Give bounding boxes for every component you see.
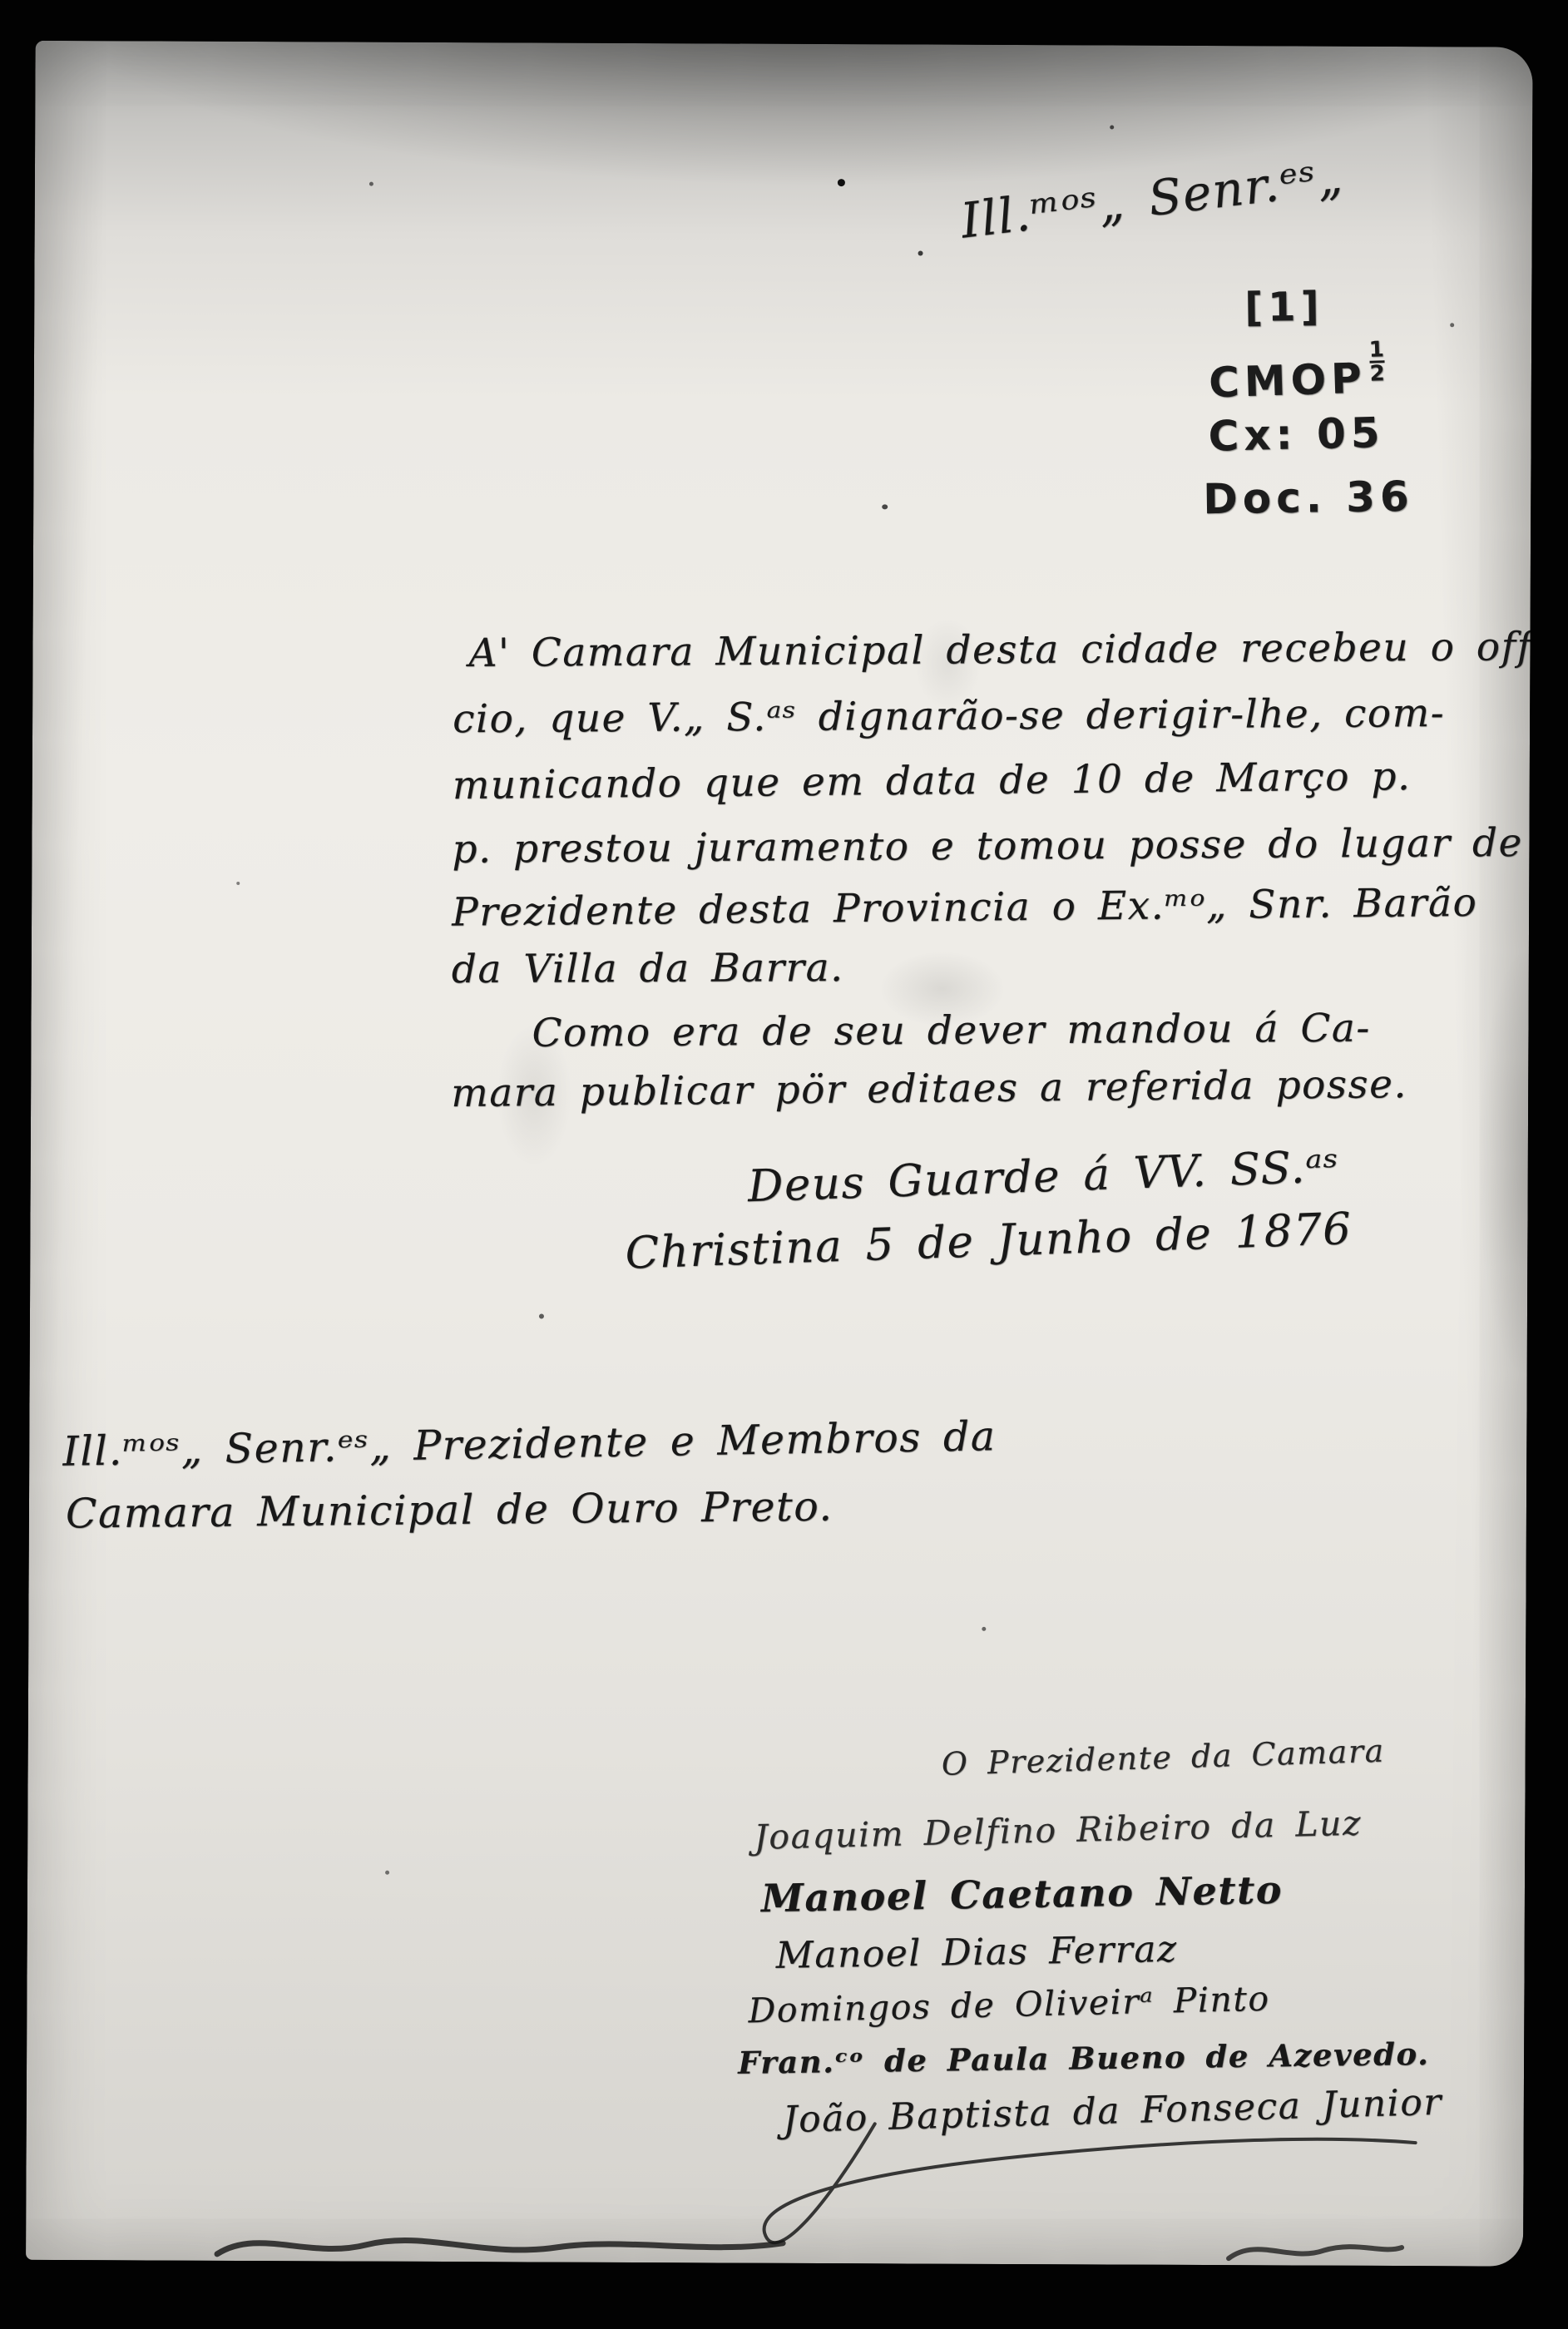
dust-speck: [385, 1871, 389, 1875]
signature: Manoel Dias Ferraz: [775, 1928, 1178, 1977]
body-line: cio, que V.„ S.ᵃˢ dignarão-se derigir-lh…: [453, 690, 1445, 742]
address-line: Camara Municipal de Ouro Preto.: [66, 1483, 833, 1538]
bottom-edge-ink-mark: [1224, 2225, 1407, 2266]
dust-speck: [1110, 126, 1114, 130]
bottom-edge-ink-mark: [209, 2204, 791, 2263]
body-line: municando que em data de 10 de Março p.: [453, 754, 1412, 808]
signature-title: O Prezidente da Camara: [941, 1733, 1385, 1783]
dust-speck: [838, 179, 845, 186]
body-line: mara publicar pör editaes a referida pos…: [451, 1061, 1407, 1116]
dust-speck: [982, 1627, 986, 1631]
dust-speck: [369, 182, 373, 186]
dust-speck: [539, 1314, 544, 1319]
address-line: Ill.ᵐᵒˢ„ Senr.ᵉˢ„ Prezidente e Membros d…: [62, 1412, 997, 1476]
signature: Manoel Caetano Netto: [761, 1867, 1284, 1921]
dust-speck: [918, 251, 923, 256]
signature: Fran.ᶜᵒ de Paula Bueno de Azevedo.: [738, 2035, 1430, 2081]
salutation: Ill.ᵐᵒˢ„ Senr.ᵉˢ„: [957, 148, 1346, 250]
body-line: da Villa da Barra.: [452, 945, 844, 992]
dust-speck: [1450, 323, 1454, 327]
archival-fonds-mark: CMOP12: [1208, 339, 1386, 407]
body-line: p. prestou juramento e tomou posse do lu…: [452, 820, 1523, 873]
closing-valediction: Deus Guarde á VV. SS.ᵃˢ: [747, 1141, 1341, 1212]
signature: Domingos de Oliveirᵃ Pinto: [748, 1979, 1270, 2031]
body-line: Prezidente desta Provincia o Ex.ᵐᵒ„ Snr.…: [452, 880, 1478, 936]
scanned-document: Ill.ᵐᵒˢ„ Senr.ᵉˢ„ [1] CMOP12 Cx: 05 Doc.…: [0, 0, 1568, 2329]
archival-doc-mark: Doc. 36: [1203, 472, 1414, 523]
body-line: Como era de seu dever mandou á Ca-: [532, 1006, 1371, 1056]
archival-box-mark: Cx: 05: [1208, 408, 1385, 461]
body-line: A' Camara Municipal desta cidade recebeu…: [468, 624, 1532, 676]
document-page: Ill.ᵐᵒˢ„ Senr.ᵉˢ„ [1] CMOP12 Cx: 05 Doc.…: [26, 41, 1533, 2267]
dust-speck: [236, 882, 240, 885]
archival-fraction: 12: [1368, 339, 1385, 384]
dust-speck: [882, 504, 888, 509]
archival-index-mark: [1]: [1244, 284, 1324, 331]
signature: Joaquim Delfino Ribeiro da Luz: [754, 1803, 1363, 1857]
closing-dateline: Christina 5 de Junho de 1876: [625, 1204, 1353, 1279]
paper-stain: [1477, 945, 1533, 1378]
archival-fonds-label: CMOP: [1208, 354, 1367, 408]
